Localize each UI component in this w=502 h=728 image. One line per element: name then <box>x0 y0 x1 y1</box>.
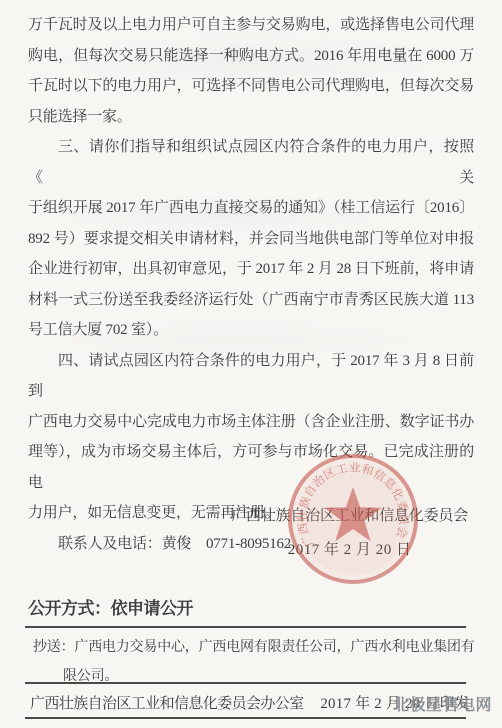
body-line: 只能选择一家。 <box>28 102 474 133</box>
body-line: 万千瓦时及以上电力用户可自主参与交易购电，或选择售电公司代理 <box>28 10 474 41</box>
divider-line <box>25 717 466 719</box>
footer-issuer: 广西壮族自治区工业和信息化委员会办公室 <box>30 692 304 713</box>
body-line: 千瓦时以下的电力用户，可选择不同售电公司代理购电，但每次交易 <box>28 71 474 102</box>
body-line-section-3: 三、请你们指导和组织试点园区内符合条件的电力用户，按照《关 <box>28 132 474 193</box>
cc-line: 限公司。 <box>33 662 477 691</box>
signature-block: 广西壮族自治区工业和信息化委员会 2017 年 2 月 20 日 <box>231 503 468 563</box>
body-line: 892 号）要求提交相关申请材料，并会同当地供电部门等单位对申报 <box>28 224 474 255</box>
body-line: 购电，但每次交易只能选择一种购电方式。2016 年用电量在 6000 万 <box>28 41 474 72</box>
body-line-section-4: 四、请试点园区内符合条件的电力用户，于 2017 年 3 月 8 日前到 <box>28 346 474 407</box>
signature-date: 2017 年 2 月 20 日 <box>231 537 468 563</box>
body-line: 材料一式三份送至我委经济运行处（广西南宁市青秀区民族大道 113 <box>28 285 474 316</box>
body-line: 于组织开展 2017 年广西电力直接交易的通知》（桂工信运行〔2016〕 <box>28 193 474 224</box>
body-line: 号工信大厦 702 室）。 <box>28 315 474 346</box>
divider-line <box>25 626 466 628</box>
document-body: 万千瓦时及以上电力用户可自主参与交易购电，或选择售电公司代理 购电，但每次交易只… <box>28 10 474 559</box>
publicity-method: 公开方式：依申请公开 <box>28 594 193 619</box>
cc-line: 抄送：广西电力交易中心，广西电网有限责任公司，广西水利电业集团有 <box>33 633 477 662</box>
signature-org: 广西壮族自治区工业和信息化委员会 <box>231 503 468 529</box>
site-watermark: 北极星售电网 <box>393 692 492 715</box>
body-line: 企业进行初审，出具初审意见，于 2017 年 2 月 28 日下班前，将申请 <box>28 254 474 285</box>
divider-line <box>25 682 466 684</box>
body-line: 广西电力交易中心完成电力市场主体注册（含企业注册、数字证书办 <box>28 407 474 438</box>
scanned-document-page: 万千瓦时及以上电力用户可自主参与交易购电，或选择售电公司代理 购电，但每次交易只… <box>0 0 502 728</box>
body-line: 理等），成为市场交易主体后，方可参与市场化交易。已完成注册的电 <box>28 437 474 498</box>
